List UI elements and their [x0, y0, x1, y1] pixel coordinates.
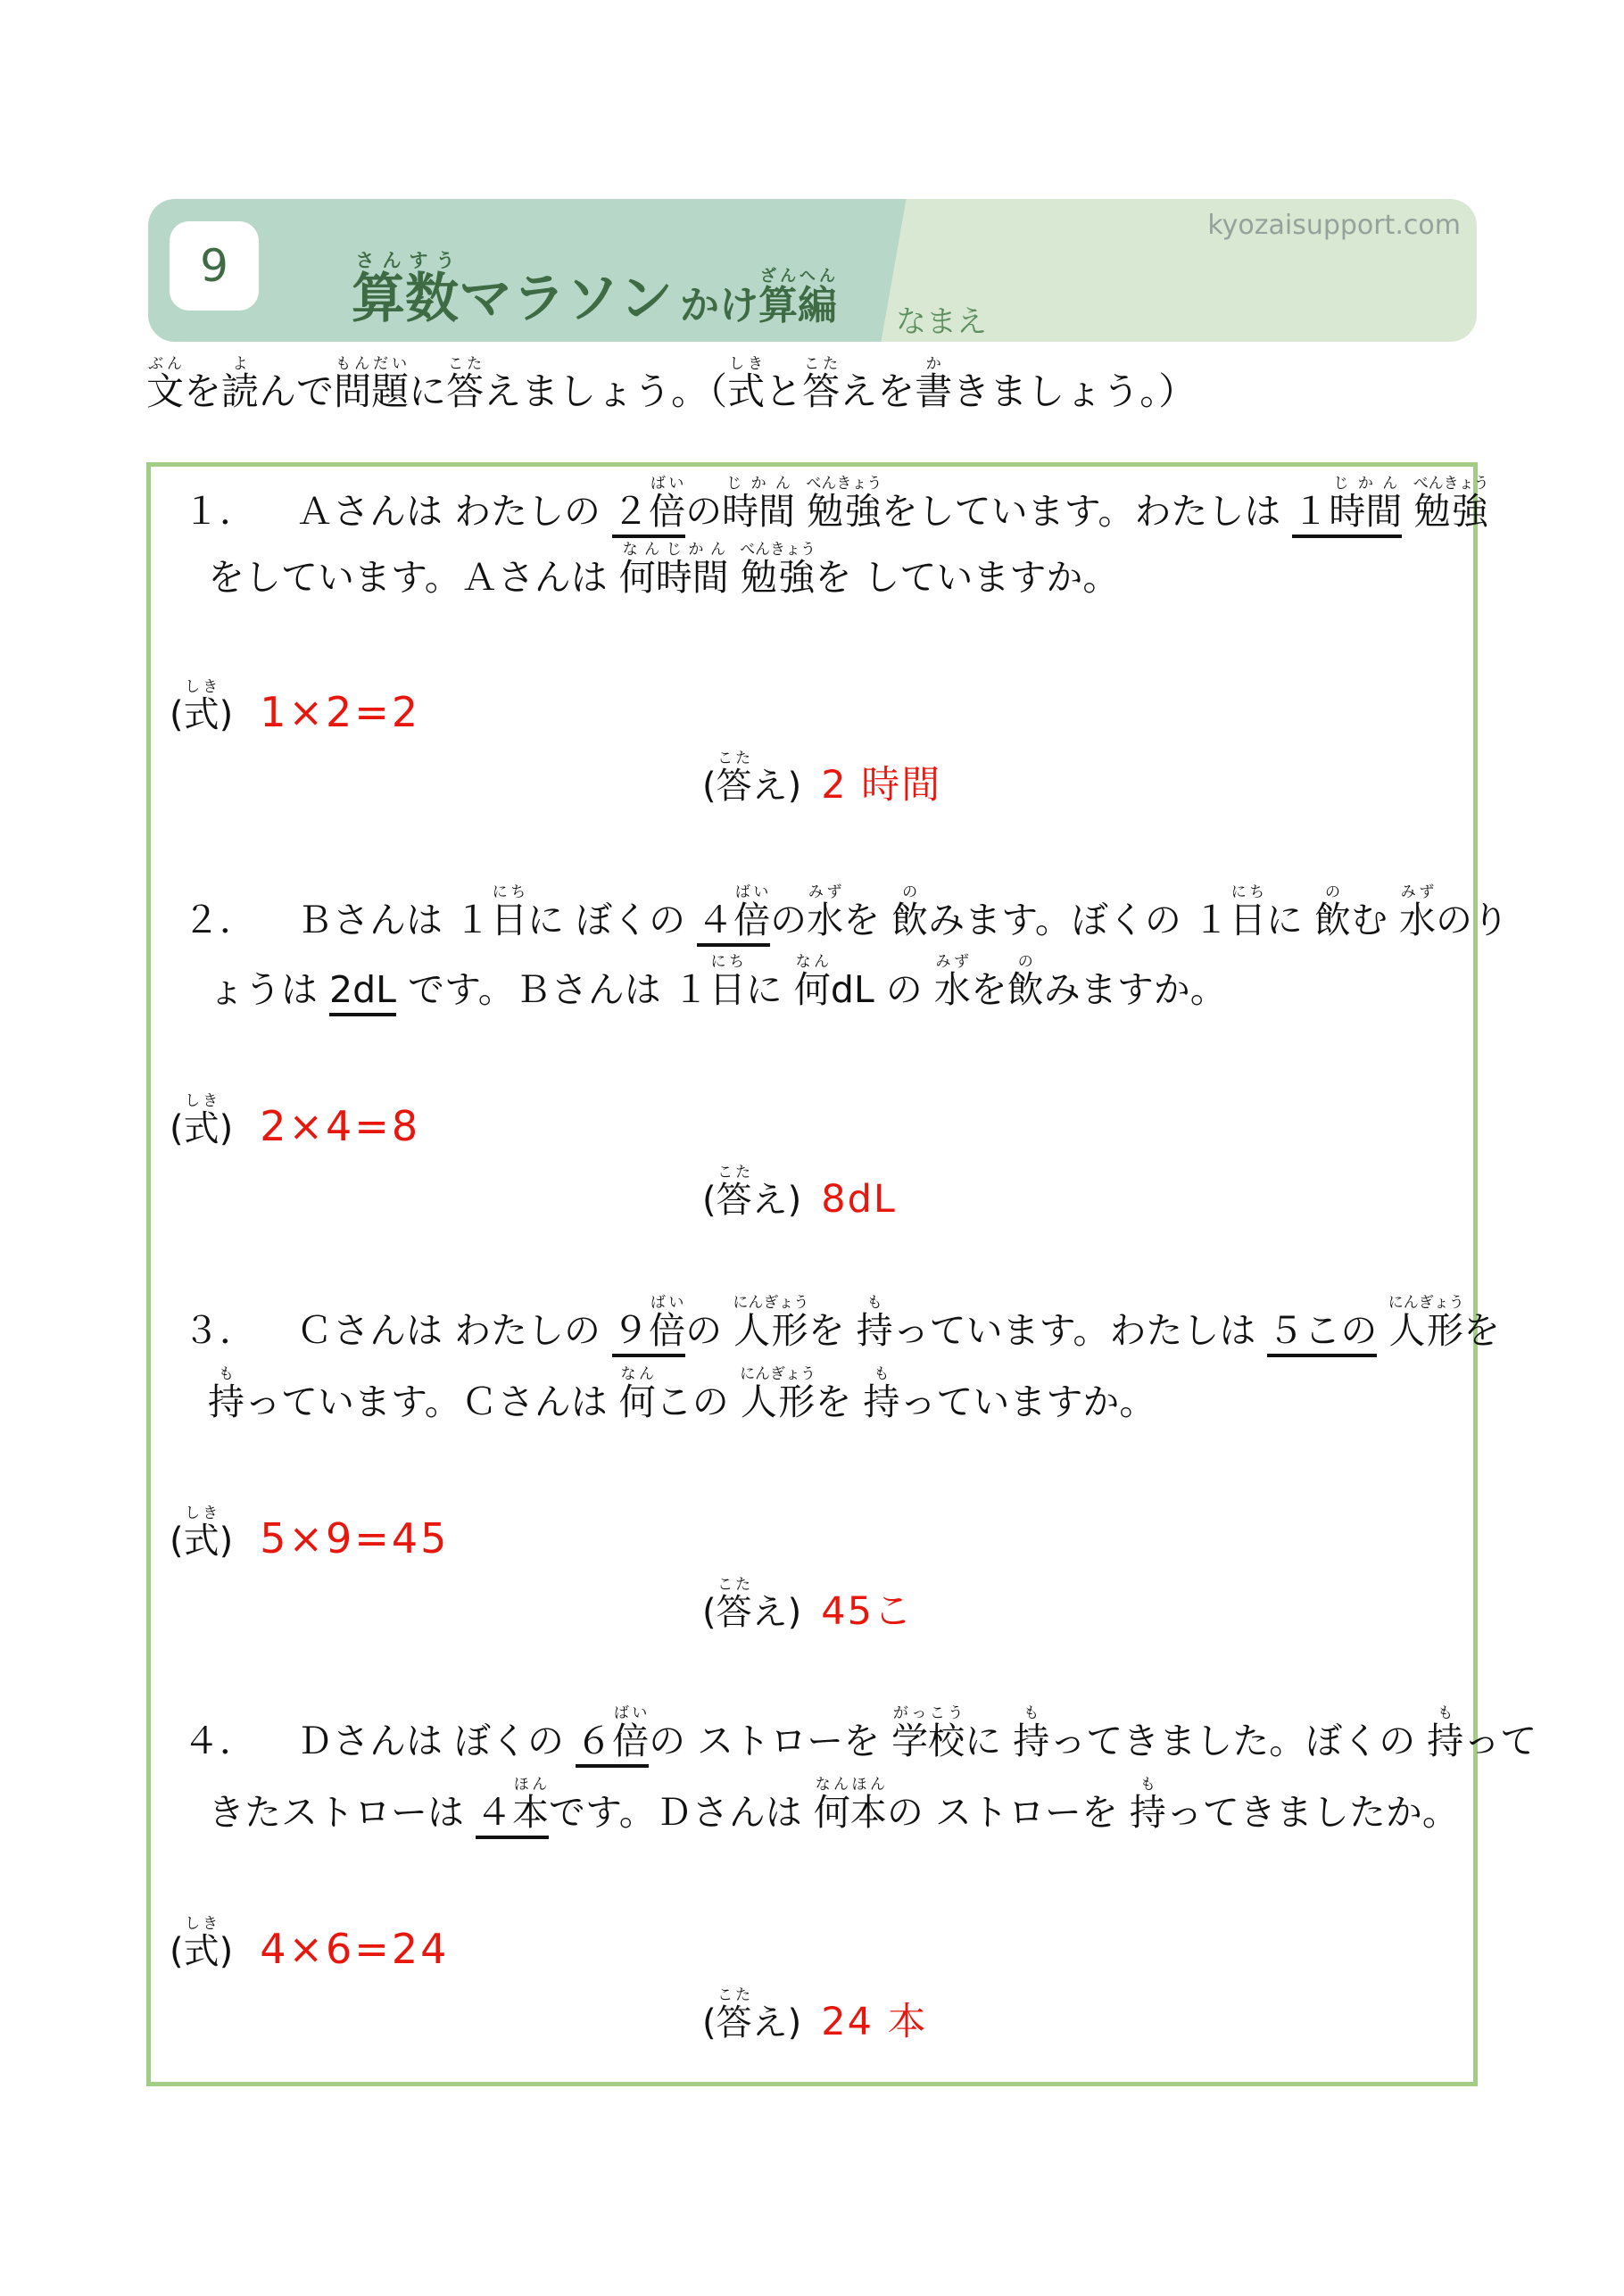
question-2-formula-row: (式しき)2×4=8 [170, 1092, 420, 1158]
question-4-answer: 24 本 [821, 2000, 927, 2044]
answer-label: (答こたえ) [702, 2002, 801, 2043]
formula-label: (式しき) [170, 694, 233, 735]
question-1-answer-row: (答こたえ)2 時間 [702, 750, 941, 816]
question-4-formula-row: (式しき)4×6=24 [170, 1915, 449, 1981]
question-1-text-1: Ａさんは わたしの ２倍ばいの時間じかん 勉強べんきょうをしています。わたしは … [296, 490, 1489, 538]
question-1-number: １． [183, 490, 256, 533]
question-1-line-2: をしています。Ａさんは 何時間なんじかん 勉強べんきょうを していますか。 [208, 541, 1119, 607]
question-1-formula: 1×2=2 [260, 688, 420, 736]
worksheet-subtitle: かけ算編ざんへん [680, 267, 837, 326]
answer-label: (答こたえ) [702, 766, 801, 807]
question-4-number: ４． [183, 1720, 256, 1762]
question-3-answer-row: (答こたえ)45こ [702, 1576, 914, 1642]
worksheet-number: 9 [200, 240, 228, 292]
question-3-number: ３． [183, 1309, 256, 1352]
question-4-line-2: きたストローは ４本ほんです。Ｄさんは 何本なんほんの ストローを 持もってきま… [208, 1776, 1459, 1842]
question-3-text-2: 持もっています。Ｃさんは 何なんこの 人形にんぎょうを 持もっていますか。 [208, 1380, 1156, 1423]
question-2-line-2: ょうは 2dL です。Ｂさんは １日にちに 何なんdL の 水みずを飲のみますか… [208, 953, 1227, 1019]
answer-label: (答こたえ) [702, 1592, 801, 1633]
question-1-line-1: １．Ａさんは わたしの ２倍ばいの時間じかん 勉強べんきょうをしています。わたし… [183, 475, 1489, 541]
formula-label: (式しき) [170, 1521, 233, 1562]
worksheet-title-group: 算数さんすうマラソン かけ算編ざんへん [352, 250, 837, 326]
question-3-answer: 45こ [821, 1589, 914, 1634]
question-2-answer-row: (答こたえ)8dL [702, 1164, 897, 1230]
answer-label: (答こたえ) [702, 1180, 801, 1221]
question-2-text-1: Ｂさんは １日にちに ぼくの ４倍ばいの水みずを 飲のみます。ぼくの １日にちに… [296, 899, 1509, 947]
formula-label: (式しき) [170, 1931, 233, 1972]
formula-label: (式しき) [170, 1108, 233, 1149]
question-1-answer: 2 時間 [821, 763, 941, 808]
question-3-formula-row: (式しき)5×9=45 [170, 1504, 449, 1571]
question-4-text-1: Ｄさんは ぼくの ６倍ばいの ストローを 学校がっこうに 持もってきました。ぼく… [296, 1720, 1537, 1768]
question-1-formula-row: (式しき)1×2=2 [170, 678, 420, 744]
question-2-number: ２． [183, 899, 256, 941]
name-label: なまえ [896, 297, 987, 341]
question-3-line-1: ３．Ｃさんは わたしの ９倍ばいの 人形にんぎょうを 持もっています。わたしは … [183, 1294, 1500, 1360]
question-3-text-1: Ｃさんは わたしの ９倍ばいの 人形にんぎょうを 持もっています。わたしは ５こ… [296, 1309, 1500, 1357]
question-4-answer-row: (答こたえ)24 本 [702, 1986, 928, 2052]
header-banner: 9 算数さんすうマラソン かけ算編ざんへん kyozaisupport.com … [148, 199, 1477, 342]
instruction-text: 文ぶんを読よんで問題もんだいに答こたえましょう。（式しきと答こたえを書かきましょ… [146, 355, 1196, 420]
question-4-line-1: ４．Ｄさんは ぼくの ６倍ばいの ストローを 学校がっこうに 持もってきました。… [183, 1704, 1537, 1770]
question-3-formula: 5×9=45 [260, 1514, 449, 1562]
question-2-answer: 8dL [821, 1177, 897, 1222]
question-3-line-2: 持もっています。Ｃさんは 何なんこの 人形にんぎょうを 持もっていますか。 [208, 1365, 1156, 1431]
question-2-formula: 2×4=8 [260, 1102, 420, 1150]
question-4-text-2: きたストローは ４本ほんです。Ｄさんは 何本なんほんの ストローを 持もってきま… [208, 1791, 1459, 1839]
question-4-formula: 4×6=24 [260, 1925, 449, 1973]
worksheet-title: 算数さんすうマラソン [352, 250, 673, 326]
question-2-text-2: ょうは 2dL です。Ｂさんは １日にちに 何なんdL の 水みずを飲のみますか… [208, 968, 1227, 1016]
question-1-text-2: をしています。Ａさんは 何時間なんじかん 勉強べんきょうを していますか。 [208, 556, 1119, 599]
site-url: kyozaisupport.com [1207, 210, 1461, 241]
worksheet-page: 9 算数さんすうマラソン かけ算編ざんへん kyozaisupport.com … [0, 0, 1624, 2296]
worksheet-number-badge: 9 [170, 221, 259, 311]
question-2-line-1: ２．Ｂさんは １日にちに ぼくの ４倍ばいの水みずを 飲のみます。ぼくの １日に… [183, 883, 1509, 949]
